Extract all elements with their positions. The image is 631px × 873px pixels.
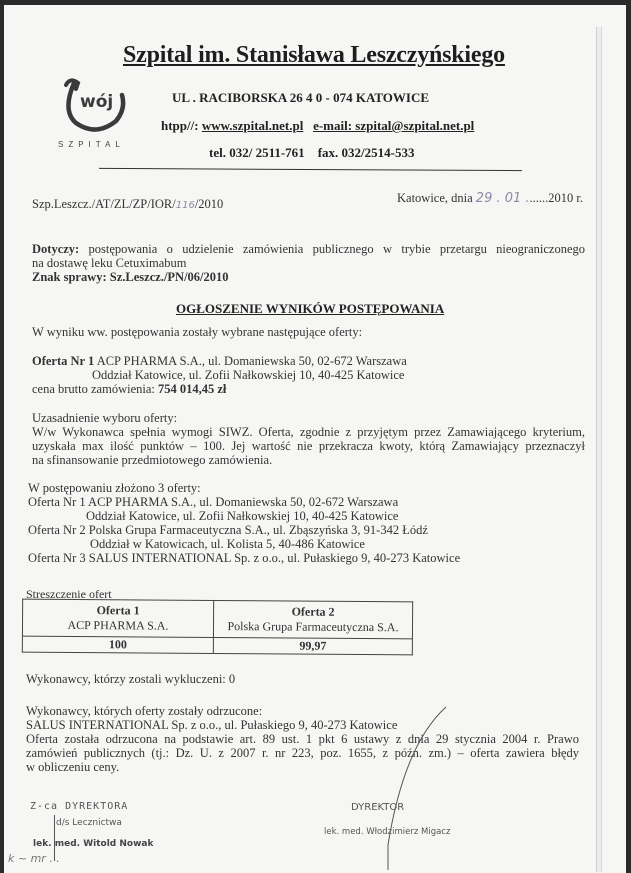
left-stamp-title: Z-ca DYREKTORA — [30, 801, 128, 812]
table-row: 100 99,97 — [22, 636, 412, 655]
reference-number: Szp.Leszcz./AT/ZL/ZP/IOR/116/2010 — [32, 197, 223, 212]
offer-line: Oferta Nr 1 ACP PHARMA S.A., ul. Domanie… — [28, 495, 460, 509]
subject: Dotyczy: postępowania o udzielenie zamów… — [32, 242, 585, 284]
intro-text: W wyniku ww. postępowania zostały wybran… — [32, 325, 362, 340]
offer-line: Oddział Katowice, ul. Zofii Nałkowskiej … — [28, 509, 460, 523]
left-handwritten-signature: k ~ mr . . — [8, 852, 60, 865]
left-signatory-name: lek. med. Witold Nowak — [33, 839, 153, 849]
justification: Uzasadnienie wyboru oferty: W/w Wykonawc… — [32, 411, 585, 467]
right-stamp-title: DYREKTOR — [351, 802, 404, 813]
fax: fax. 032/2514-533 — [318, 145, 415, 160]
selected-offer: Oferta Nr 1 ACP PHARMA S.A., ul. Domanie… — [32, 354, 407, 396]
web-link[interactable]: www.szpital.net.pl — [202, 118, 303, 133]
offers-summary-table: Oferta 1 ACP PHARMA S.A. Oferta 2 Polska… — [22, 599, 413, 656]
offer-line: Oferta Nr 2 Polska Grupa Farmaceutyczna … — [28, 523, 460, 537]
table-row: Oferta 1 ACP PHARMA S.A. Oferta 2 Polska… — [22, 599, 412, 639]
document-date: Katowice, dnia 29 . 01 .......2010 r. — [397, 191, 583, 206]
announcement-heading: OGŁOSZENIE WYNIKÓW POSTĘPOWANIA — [176, 301, 444, 317]
phone: tel. 032/ 2511-761 — [209, 145, 305, 160]
contact-web-email: htpp//: www.szpital.net.pl e-mail: szpit… — [161, 118, 474, 134]
score-cell: 99,97 — [213, 637, 412, 654]
scan-margin-line — [596, 27, 602, 872]
signature-stroke — [384, 705, 464, 873]
svg-text:wój: wój — [80, 92, 113, 112]
contact-phone-fax: tel. 032/ 2511-761 fax. 032/2514-533 — [209, 145, 414, 161]
offer-line: Oferta Nr 3 SALUS INTERNATIONAL Sp. z o.… — [28, 551, 460, 565]
document-page: Szpital im. Stanisława Leszczyńskiego wó… — [4, 5, 626, 873]
offer-line: Oddział w Katowicach, ul. Kolista 5, 40-… — [28, 537, 460, 551]
web-label: htpp//: — [161, 118, 199, 133]
hospital-title: Szpital im. Stanisława Leszczyńskiego — [123, 42, 505, 69]
address: UL . RACIBORSKA 26 4 0 - 074 KATOWICE — [172, 90, 429, 106]
case-number: Znak sprawy: Sz.Leszcz./PN/06/2010 — [32, 270, 585, 284]
rejected-offers: Wykonawcy, których oferty zostały odrzuc… — [26, 704, 579, 774]
left-signature-stroke — [54, 815, 55, 861]
table-cell: Oferta 2 Polska Grupa Farmaceutyczna S.A… — [213, 600, 412, 638]
right-signatory-name: lek. med. Włodzimierz Migacz — [324, 827, 450, 837]
logo-caption: SZPITAL — [58, 140, 125, 149]
left-stamp-dept: d/s Lecznictwa — [56, 818, 122, 828]
header-divider — [99, 168, 522, 171]
smile-logo-icon: wój — [52, 71, 140, 141]
handwritten-number: 116 — [176, 200, 195, 211]
table-cell: Oferta 1 ACP PHARMA S.A. — [22, 599, 213, 637]
email-link[interactable]: e-mail: szpital@szpital.net.pl — [313, 118, 474, 133]
offers-submitted: W postępowaniu złożono 3 oferty: Oferta … — [28, 481, 460, 565]
handwritten-date: 29 . 01 . — [476, 191, 530, 206]
excluded-contractors: Wykonawcy, którzy zostali wykluczeni: 0 — [26, 672, 235, 687]
price-value: 754 014,45 zł — [158, 382, 226, 396]
score-cell: 100 — [22, 636, 213, 653]
